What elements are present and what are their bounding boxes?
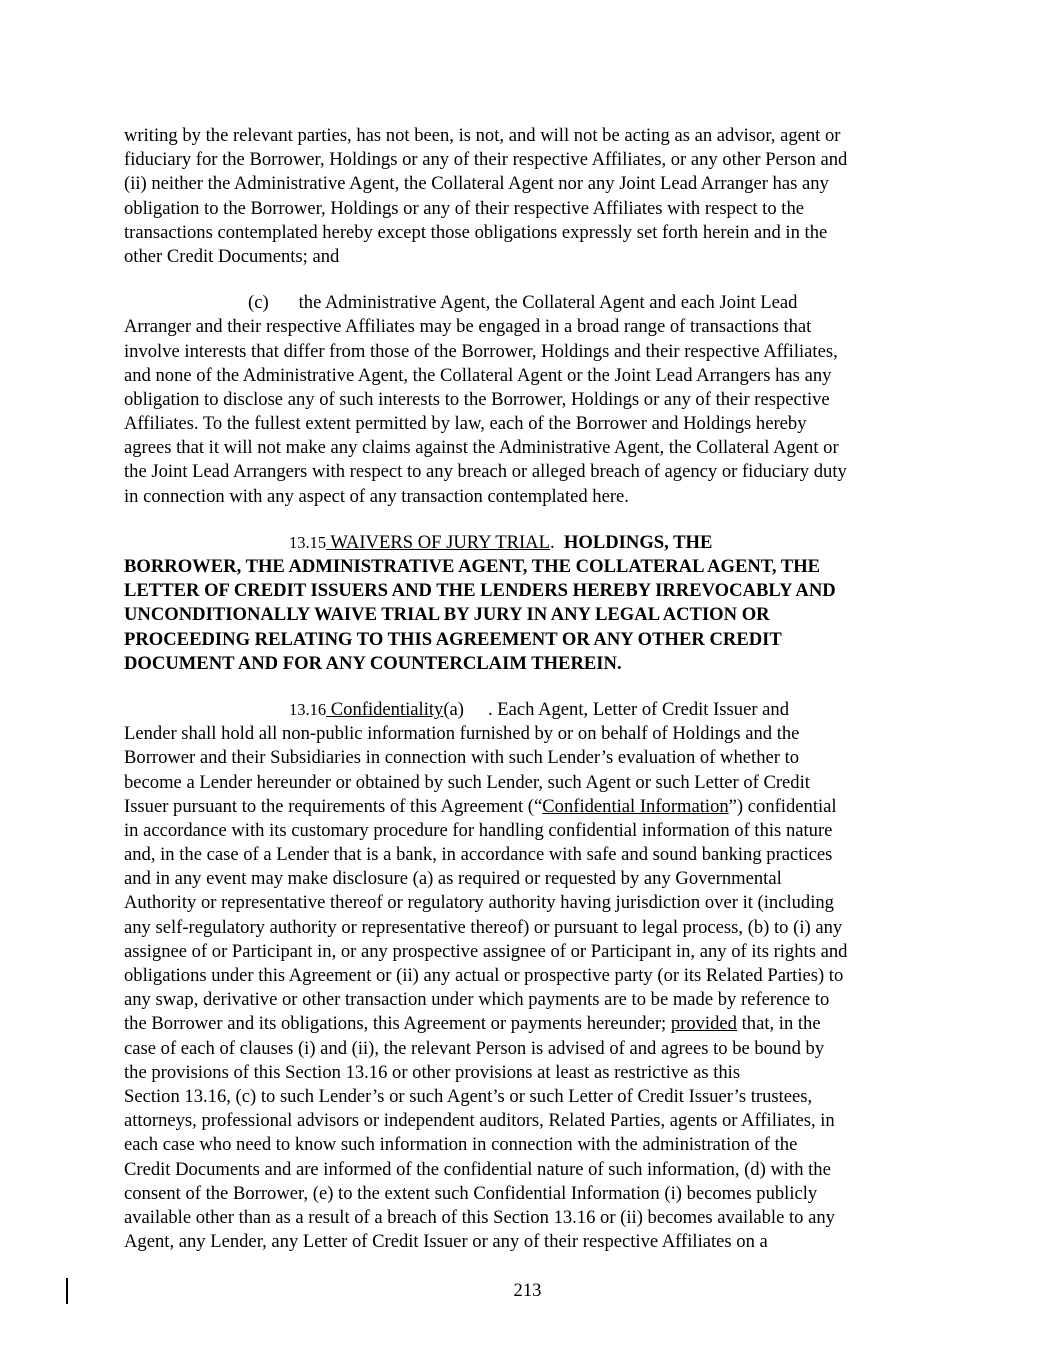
text-line: UNCONDITIONALLY WAIVE TRIAL BY JURY IN A… bbox=[124, 603, 924, 627]
text-line: Arranger and their respective Affiliates… bbox=[124, 315, 924, 339]
text-line: fiduciary for the Borrower, Holdings or … bbox=[124, 148, 924, 172]
clause-label: (c) bbox=[248, 292, 269, 313]
defined-term: Confidential Information bbox=[542, 796, 728, 817]
text-line: Affiliates. To the fullest extent permit… bbox=[124, 412, 924, 436]
section-heading-line: 13.16 Confidentiality(a). Each Agent, Le… bbox=[124, 698, 924, 722]
text-line: each case who need to know such informat… bbox=[124, 1133, 924, 1157]
text-line: obligation to the Borrower, Holdings or … bbox=[124, 197, 924, 221]
text-line: Section 13.16, (c) to such Lender’s or s… bbox=[124, 1085, 924, 1109]
text-line: attorneys, professional advisors or inde… bbox=[124, 1109, 924, 1133]
section-number: 13.16 bbox=[289, 700, 326, 719]
text-line: (ii) neither the Administrative Agent, t… bbox=[124, 172, 924, 196]
text-line: case of each of clauses (i) and (ii), th… bbox=[124, 1037, 924, 1061]
text-line: become a Lender hereunder or obtained by… bbox=[124, 771, 924, 795]
section-heading-line: 13.15 WAIVERS OF JURY TRIAL. HOLDINGS, T… bbox=[124, 531, 924, 555]
text-line: any self-regulatory authority or represe… bbox=[124, 916, 924, 940]
page-number: 213 bbox=[0, 1280, 1055, 1302]
text-line: other Credit Documents; and bbox=[124, 245, 924, 269]
text-span: . Each Agent, Letter of Credit Issuer an… bbox=[488, 699, 789, 720]
section-13-15: 13.15 WAIVERS OF JURY TRIAL. HOLDINGS, T… bbox=[124, 531, 924, 676]
section-heading: WAIVERS OF JURY TRIAL bbox=[326, 532, 550, 553]
document-page: writing by the relevant parties, has not… bbox=[124, 124, 924, 1276]
provided-term: provided bbox=[671, 1013, 737, 1034]
text-line: Credit Documents and are informed of the… bbox=[124, 1158, 924, 1182]
section-13-16: 13.16 Confidentiality(a). Each Agent, Le… bbox=[124, 698, 924, 1254]
section-heading: Confidentiality bbox=[326, 699, 443, 720]
text-line: agrees that it will not make any claims … bbox=[124, 436, 924, 460]
text-line: PROCEEDING RELATING TO THIS AGREEMENT OR… bbox=[124, 628, 924, 652]
text-line: Lender shall hold all non-public informa… bbox=[124, 722, 924, 746]
text-line: DOCUMENT AND FOR ANY COUNTERCLAIM THEREI… bbox=[124, 652, 924, 676]
text-line: the Joint Lead Arrangers with respect to… bbox=[124, 460, 924, 484]
text-line: involve interests that differ from those… bbox=[124, 340, 924, 364]
text-line: the provisions of this Section 13.16 or … bbox=[124, 1061, 924, 1085]
text-line: obligation to disclose any of such inter… bbox=[124, 388, 924, 412]
clause-label: (a) bbox=[443, 699, 464, 720]
text-line: Authority or representative thereof or r… bbox=[124, 891, 924, 915]
text-span: HOLDINGS, THE bbox=[564, 532, 712, 553]
text-line: in connection with any aspect of any tra… bbox=[124, 485, 924, 509]
text-line: and in any event may make disclosure (a)… bbox=[124, 867, 924, 891]
text-span: the Administrative Agent, the Collateral… bbox=[299, 292, 798, 313]
text-line: Borrower and their Subsidiaries in conne… bbox=[124, 746, 924, 770]
text-line: assignee of or Participant in, or any pr… bbox=[124, 940, 924, 964]
text-line: (c)the Administrative Agent, the Collate… bbox=[124, 291, 924, 315]
text-line: BORROWER, THE ADMINISTRATIVE AGENT, THE … bbox=[124, 555, 924, 579]
section-number: 13.15 bbox=[289, 533, 326, 552]
paragraph-continuation: writing by the relevant parties, has not… bbox=[124, 124, 924, 269]
paragraph-c: (c)the Administrative Agent, the Collate… bbox=[124, 291, 924, 509]
text-line: Agent, any Lender, any Letter of Credit … bbox=[124, 1230, 924, 1254]
text-line: obligations under this Agreement or (ii)… bbox=[124, 964, 924, 988]
text-line: Issuer pursuant to the requirements of t… bbox=[124, 795, 924, 819]
text-line: and, in the case of a Lender that is a b… bbox=[124, 843, 924, 867]
text-line: the Borrower and its obligations, this A… bbox=[124, 1012, 924, 1036]
text-line: available other than as a result of a br… bbox=[124, 1206, 924, 1230]
text-line: and none of the Administrative Agent, th… bbox=[124, 364, 924, 388]
text-line: in accordance with its customary procedu… bbox=[124, 819, 924, 843]
text-line: transactions contemplated hereby except … bbox=[124, 221, 924, 245]
text-line: consent of the Borrower, (e) to the exte… bbox=[124, 1182, 924, 1206]
text-line: writing by the relevant parties, has not… bbox=[124, 124, 924, 148]
text-line: LETTER OF CREDIT ISSUERS AND THE LENDERS… bbox=[124, 579, 924, 603]
text-line: any swap, derivative or other transactio… bbox=[124, 988, 924, 1012]
